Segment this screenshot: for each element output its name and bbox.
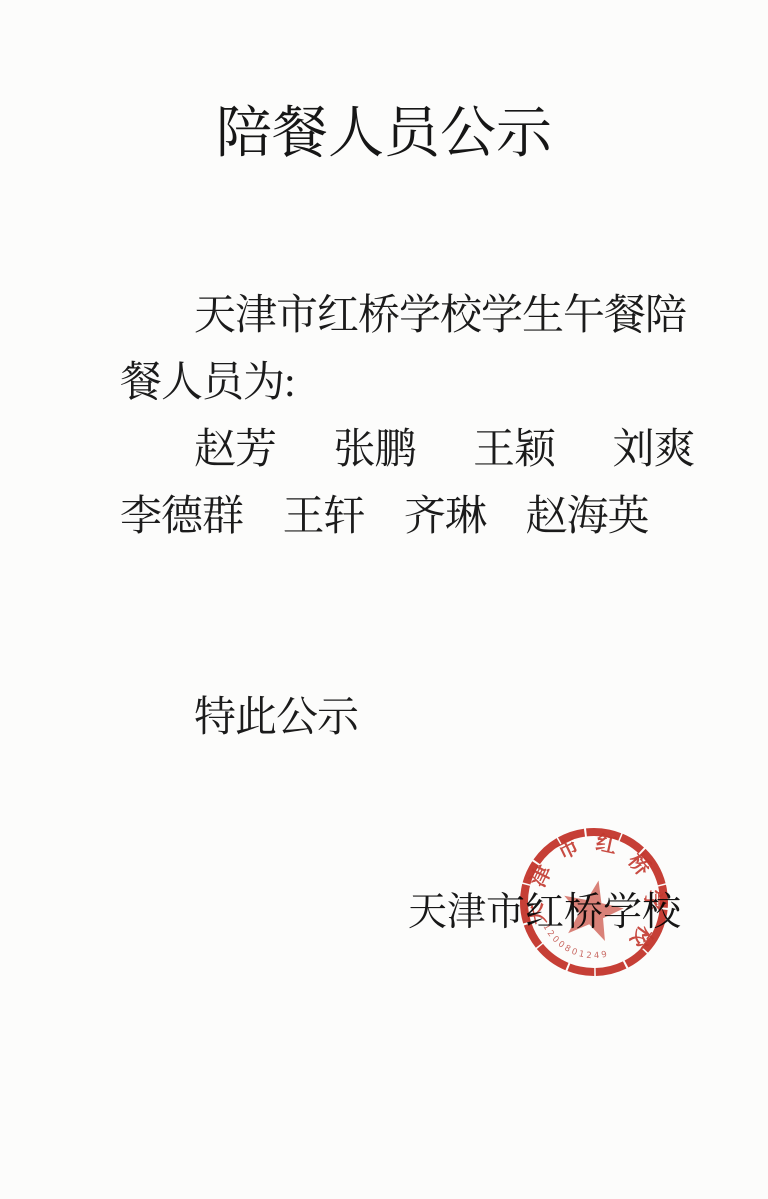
name-item: 赵海英 <box>526 494 649 540</box>
name-item: 赵芳 <box>194 427 276 473</box>
names-row-2: 李德群 王轩 齐琳 赵海英 <box>120 484 700 551</box>
notice-document: 陪餐人员公示 天津市红桥学校学生午餐陪 餐人员为: 赵芳 张鹏 王颖 刘爽 李德… <box>0 0 768 1199</box>
intro-line-1: 天津市红桥学校学生午餐陪 <box>120 283 700 350</box>
name-item: 王颖 <box>473 427 555 473</box>
name-item: 齐琳 <box>404 494 486 540</box>
closing-statement: 特此公示 <box>120 685 700 752</box>
page-title: 陪餐人员公示 <box>0 98 768 170</box>
name-item: 刘爽 <box>613 427 695 473</box>
name-item: 李德群 <box>120 494 243 540</box>
signature-school-name: 天津市红桥学校 <box>408 889 681 937</box>
intro-line-2: 餐人员为: <box>120 350 700 417</box>
names-row-1: 赵芳 张鹏 王颖 刘爽 <box>120 417 700 484</box>
name-item: 王轩 <box>283 494 365 540</box>
name-item: 张鹏 <box>334 427 416 473</box>
notice-body: 天津市红桥学校学生午餐陪 餐人员为: 赵芳 张鹏 王颖 刘爽 李德群 王轩 齐琳… <box>120 283 700 752</box>
